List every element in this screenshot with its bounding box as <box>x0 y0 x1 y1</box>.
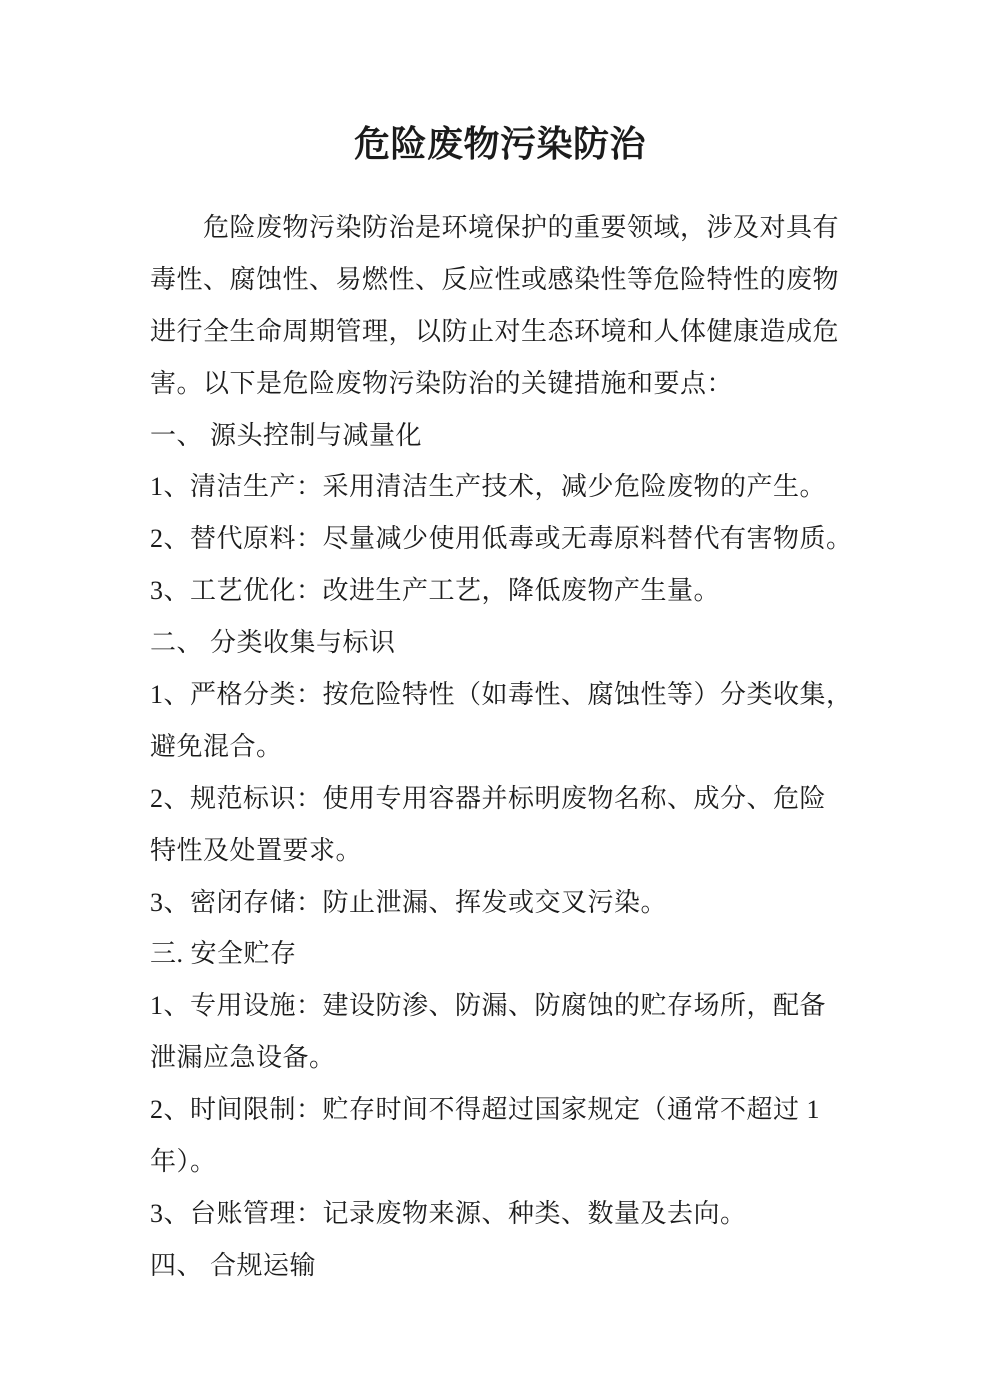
item-line: 2、时间限制：贮存时间不得超过国家规定（通常不超过 1 <box>150 1084 866 1136</box>
item-line: 年）。 <box>150 1136 866 1188</box>
item-line: 1、严格分类：按危险特性（如毒性、腐蚀性等）分类收集， <box>150 669 866 721</box>
item-line: 特性及处置要求。 <box>150 825 866 877</box>
intro-line: 进行全生命周期管理，以防止对生态环境和人体健康造成危 <box>150 306 866 358</box>
section-heading-1: 一、 源头控制与减量化 <box>150 410 866 462</box>
item-line: 3、工艺优化：改进生产工艺，降低废物产生量。 <box>150 565 866 617</box>
item-line: 3、密闭存储：防止泄漏、挥发或交叉污染。 <box>150 877 866 929</box>
section-heading-4: 四、 合规运输 <box>150 1240 866 1292</box>
document-page: 危险废物污染防治 危险废物污染防治是环境保护的重要领域，涉及对具有 毒性、腐蚀性… <box>0 0 1000 1394</box>
intro-line: 危险废物污染防治是环境保护的重要领域，涉及对具有 <box>150 202 866 254</box>
intro-line: 毒性、腐蚀性、易燃性、反应性或感染性等危险特性的废物 <box>150 254 866 306</box>
section-heading-2: 二、 分类收集与标识 <box>150 617 866 669</box>
item-line: 2、替代原料：尽量减少使用低毒或无毒原料替代有害物质。 <box>150 513 866 565</box>
item-line: 3、台账管理：记录废物来源、种类、数量及去向。 <box>150 1188 866 1240</box>
item-line: 2、规范标识：使用专用容器并标明废物名称、成分、危险 <box>150 773 866 825</box>
item-line: 1、专用设施：建设防渗、防漏、防腐蚀的贮存场所，配备 <box>150 980 866 1032</box>
intro-line: 害。以下是危险废物污染防治的关键措施和要点： <box>150 358 866 410</box>
item-line: 泄漏应急设备。 <box>150 1032 866 1084</box>
item-line: 避免混合。 <box>150 721 866 773</box>
document-body: 危险废物污染防治是环境保护的重要领域，涉及对具有 毒性、腐蚀性、易燃性、反应性或… <box>150 202 866 1292</box>
item-line: 1、清洁生产：采用清洁生产技术，减少危险废物的产生。 <box>150 461 866 513</box>
document-title: 危险废物污染防治 <box>0 0 1000 166</box>
section-heading-3: 三. 安全贮存 <box>150 928 866 980</box>
